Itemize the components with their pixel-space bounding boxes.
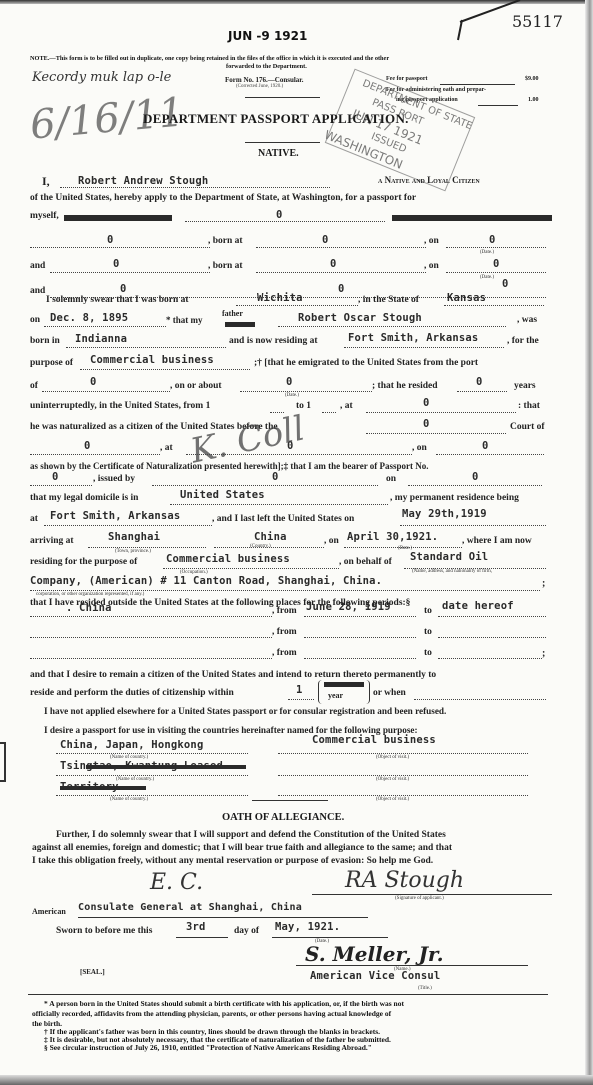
date-caption: (Date.) [480, 275, 494, 280]
passport-date: 0 [472, 471, 479, 483]
field-line [322, 412, 336, 413]
parent-father-label: father [222, 309, 243, 318]
child-date: 0 [493, 258, 500, 270]
permanent-residence: Fort Smith, Arkansas [50, 510, 180, 522]
country-caption: (Country.) [250, 544, 271, 549]
field-line [170, 504, 388, 505]
field-line [304, 658, 416, 659]
intro-i: I, [42, 174, 50, 189]
resided-years: 0 [476, 376, 483, 388]
semicolon: ; [542, 648, 545, 659]
oath-text-3: I take this obligation freely, without a… [32, 856, 433, 866]
father-residence: Fort Smith, Arkansas [348, 332, 478, 344]
form-number: Form No. 176.—Consular. [225, 76, 304, 84]
birth-date: Dec. 8, 1895 [50, 312, 128, 324]
fee-passport-amount: $9.00 [525, 76, 539, 82]
legal-domicile: United States [180, 489, 265, 501]
object-caption: (Object of visit.) [376, 797, 409, 802]
on-label: , on [424, 236, 439, 246]
footnote: * A person born in the United States sho… [44, 999, 404, 1008]
from-label: , from [272, 648, 297, 658]
or-when-label: or when [373, 688, 406, 698]
field-line [438, 616, 546, 617]
left-us-label: , and I last left the United States on [212, 514, 354, 524]
birthplace-city: Wichita [257, 292, 303, 304]
field-line [366, 433, 506, 434]
field-line [176, 937, 228, 938]
field-line [272, 937, 388, 938]
field-line [30, 247, 210, 248]
field-line [446, 247, 546, 248]
oath-title: OATH OF ALLEGIANCE. [222, 812, 344, 823]
where-label: , where I am now [462, 536, 532, 546]
unit-year: year [328, 691, 343, 700]
abroad-place: . China [66, 602, 112, 614]
field-line [304, 616, 416, 617]
signature-line [312, 894, 552, 895]
struck-minor-children [392, 215, 552, 221]
born-in-label: born in [30, 336, 60, 346]
and-label: and [30, 261, 45, 271]
field-line [366, 412, 516, 413]
footnote: § See circular instruction of July 26, 1… [44, 1043, 372, 1052]
handwritten-recording-note: Kecordy muk lap o-le [32, 70, 171, 85]
field-line [42, 391, 170, 392]
clerk-initials: E. C. [150, 870, 203, 895]
child-born-at: 0 [322, 234, 329, 246]
country-caption: (Name of country.) [110, 797, 148, 802]
field-line [304, 637, 416, 638]
official-signature: S. Meller, Jr. [305, 942, 444, 966]
left-us-date: May 29th,1919 [402, 508, 487, 520]
court-name: 0 [423, 418, 430, 430]
field-line [438, 637, 546, 638]
field-line [56, 753, 248, 754]
abroad-from: June 28, 1919 [306, 601, 391, 613]
field-line [288, 699, 314, 700]
to-label: to [424, 606, 432, 616]
purpose-label: purpose of [30, 358, 73, 368]
father-purpose: Commercial business [90, 354, 214, 366]
fee-line [478, 105, 518, 106]
field-line [240, 391, 372, 392]
consulate-name: Consulate General at Shanghai, China [78, 902, 302, 913]
abroad-to: date hereof [442, 600, 514, 612]
town-caption: (Town, province.) [115, 549, 151, 554]
field-line [278, 753, 528, 754]
field-line [30, 616, 272, 617]
return-within-value: 1 [296, 684, 303, 696]
field-line [80, 369, 250, 370]
field-line [408, 485, 542, 486]
for-the-label: , for the [507, 336, 539, 346]
visit-object: Commercial business [312, 734, 436, 746]
of-label: of [30, 381, 38, 391]
oath-text-2: against all enemies, foreign and domesti… [32, 843, 452, 853]
field-line [278, 775, 528, 776]
american-label: American [32, 907, 66, 916]
file-number: 55117 [512, 12, 563, 31]
native-citizen-label: a Native and Loyal Citizen [378, 175, 480, 185]
child-name: 0 [113, 258, 120, 270]
seal-label: [SEAL.] [80, 968, 105, 976]
arrival-date: April 30,1921. [347, 531, 438, 543]
child-date: 0 [489, 234, 496, 246]
field-line [163, 568, 339, 569]
struck-husband [225, 322, 255, 327]
section-divider [252, 800, 328, 801]
wife-value: 0 [276, 209, 283, 221]
strike-through [86, 765, 246, 769]
field-line [400, 525, 546, 526]
official-title: American Vice Consul [310, 970, 440, 982]
arrival-country: China [254, 531, 287, 543]
to-label: to [424, 627, 432, 637]
field-line [30, 454, 160, 455]
form-corrected-date: (Corrected June, 1920.) [236, 84, 283, 89]
behalf-label: , on behalf of [339, 557, 392, 567]
child-date: 0 [502, 278, 509, 290]
birthplace-state: Kansas [447, 292, 486, 304]
employer-caption2: corporation, or other organization repre… [36, 592, 144, 597]
arriving-label: arriving at [30, 536, 74, 546]
passport-application-page: 55117 JUN -9 1921 NOTE.—This form is to … [0, 0, 593, 1085]
field-line [66, 347, 226, 348]
field-line [30, 590, 540, 591]
field-line [278, 326, 506, 327]
signature-caption: (Signature of applicant.) [395, 896, 444, 901]
emigration-port: 0 [90, 376, 97, 388]
footer-divider [28, 994, 548, 995]
field-line [344, 347, 504, 348]
field-line [56, 775, 248, 776]
not-applied-text: I have not applied elsewhere for a Unite… [44, 706, 446, 716]
residing-label: and is now residing at [229, 336, 318, 346]
domicile-label: that my legal domicile is in [30, 493, 138, 503]
father-birthplace: Indianna [75, 333, 127, 345]
resided-label: ; that he resided [372, 381, 438, 391]
court-place: 0 [84, 440, 91, 452]
issued-by-label: , issued by [93, 474, 135, 484]
residing-purpose-label: residing for the purpose of [30, 557, 137, 567]
residence-label: , my permanent residence being [390, 493, 519, 503]
field-line [30, 658, 272, 659]
day-of-label: day of [234, 926, 259, 936]
fee-line [440, 84, 515, 85]
oath-text-1: Further, I do solemnly swear that I will… [56, 830, 446, 840]
wife-line [185, 221, 385, 222]
field-line [278, 795, 528, 796]
arrival-town: Shanghai [108, 531, 160, 543]
field-line [438, 658, 542, 659]
child-born-at: 0 [330, 258, 337, 270]
field-line [414, 699, 546, 700]
about-label: , on or about [170, 381, 222, 391]
myself-label: myself, [30, 211, 59, 221]
applicant-name: Robert Andrew Stough [78, 175, 208, 187]
and-label: and [30, 286, 45, 296]
residence-place: 0 [423, 397, 430, 409]
child-name: 0 [107, 234, 114, 246]
fee-passport-label: Fee for passport [386, 76, 428, 82]
father-name: Robert Oscar Stough [298, 312, 422, 324]
received-date-stamp: JUN -9 1921 [228, 29, 307, 43]
field-line [88, 547, 206, 548]
semicolon: ; [542, 578, 545, 589]
field-line [44, 326, 166, 327]
date-caption: (Date.) [285, 393, 299, 398]
intent-text-2: reside and perform the duties of citizen… [30, 688, 234, 698]
divider [245, 97, 320, 98]
naturalization-date: 0 [482, 440, 489, 452]
footnote: officially recorded, affidavits from the… [32, 1009, 391, 1018]
consulate-line [78, 917, 368, 918]
struck-accompanied-by-wife [64, 215, 172, 221]
title-divider [245, 142, 320, 143]
at-label: at [30, 514, 38, 524]
passport-issued-by: 0 [272, 471, 279, 483]
field-line [152, 485, 378, 486]
note-text: NOTE.—This form is to be filled out in d… [30, 55, 389, 62]
emigration-date: 0 [286, 376, 293, 388]
to-label: to [424, 648, 432, 658]
struck-months [324, 682, 364, 687]
field-line [256, 272, 426, 273]
was-label: , was [517, 315, 537, 325]
employer-line2: Company, (American) # 11 Canton Road, Sh… [30, 575, 382, 587]
born-at-label: , born at [208, 236, 243, 246]
applicant-signature: RA Stough [345, 868, 464, 893]
from-label: , from [272, 627, 297, 637]
field-line [444, 305, 544, 306]
born-at-label: , born at [208, 261, 243, 271]
birth-sworn-text: I solemnly swear that I was born at [46, 295, 189, 305]
name-line [60, 187, 330, 188]
on-label: on [30, 315, 40, 325]
date-caption: (Date.) [480, 250, 494, 255]
field-line [56, 795, 248, 796]
field-line [44, 525, 212, 526]
intent-text-1: and that I desire to remain a citizen of… [30, 670, 436, 680]
scan-edge-right [585, 0, 593, 1085]
on-label: on [386, 474, 396, 484]
field-line [436, 454, 544, 455]
field-line [30, 637, 272, 638]
sworn-label: Sworn to before me this [56, 926, 152, 936]
fee-oath-amount: 1.00 [528, 97, 539, 103]
on-label: , on [424, 261, 439, 271]
employer-caption: (Name, address, and nationality of firm, [412, 569, 492, 574]
child-name: 0 [120, 283, 127, 295]
from-label: , from [272, 606, 297, 616]
uninterrupted-text: uninterruptedly, in the United States, f… [30, 401, 210, 411]
occupation: Commercial business [166, 553, 290, 565]
certificate-text: as shown by the Certificate of Naturaliz… [30, 461, 429, 471]
state-label: , in the State of [358, 295, 419, 305]
sworn-day: 3rd [186, 921, 206, 933]
field-line [457, 391, 507, 392]
field-line [446, 272, 546, 273]
years-label: years [514, 381, 536, 391]
strike-through [60, 786, 146, 790]
sworn-month: May, 1921. [275, 921, 340, 933]
note-text-line2: forwarded to the Department. [226, 63, 307, 70]
object-caption: (Object of visit.) [376, 777, 409, 782]
apply-text: of the United States, hereby apply to th… [30, 193, 416, 203]
field-line [236, 305, 358, 306]
country-caption: (Name of country.) [116, 777, 154, 782]
page-title: DEPARTMENT PASSPORT APPLICATION. [143, 111, 409, 127]
at-label: , at [340, 401, 353, 411]
title-caption: (Title.) [418, 986, 432, 991]
field-line [50, 272, 210, 273]
country-name: China, Japan, Hongkong [60, 739, 203, 751]
binding-mark [0, 742, 6, 782]
field-line [256, 247, 426, 248]
scan-edge-bottom [0, 1075, 593, 1085]
passport-number: 0 [52, 471, 59, 483]
page-subtitle: NATIVE. [258, 148, 299, 159]
court-of-label: Court of [510, 422, 545, 432]
that-my-label: * that my [166, 315, 203, 325]
child-born-at: 0 [338, 283, 345, 295]
object-caption: (Object of visit.) [376, 755, 409, 760]
employer-line1: Standard Oil [410, 551, 488, 563]
at-label: , at [160, 443, 173, 453]
that-label: : that [518, 401, 540, 411]
official-signature-line [296, 965, 528, 966]
field-line [30, 485, 92, 486]
on-label: , on [324, 536, 339, 546]
on-label: , on [412, 443, 427, 453]
emigrated-text: ;† [that he emigrated to the United Stat… [254, 358, 478, 368]
